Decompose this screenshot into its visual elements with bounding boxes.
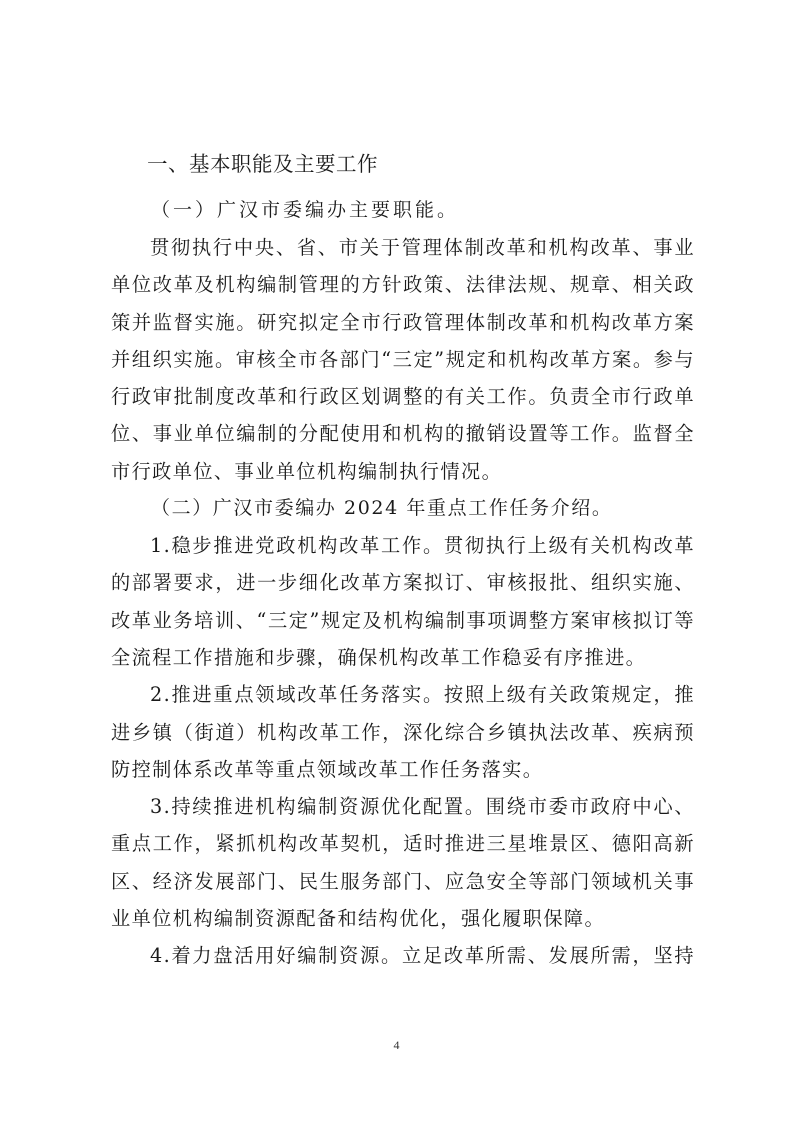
text-line: 1.稳步推进党政机构改革工作。贯彻执行上级有关机构改革 — [111, 527, 695, 564]
paragraph-item-3: 3.持续推进机构编制资源优化配置。围绕市委市政府中心、 重点工作，紧抓机构改革契… — [111, 788, 695, 937]
text-line: 改革业务培训、“三定”规定及机构编制事项调整方案审核拟订等 — [111, 602, 695, 639]
text-line: 2.推进重点领域改革任务落实。按照上级有关政策规定，推 — [111, 676, 695, 713]
text-line: 重点工作，紧抓机构改革契机，适时推进三星堆景区、德阳高新 — [111, 825, 695, 862]
subsection-title-1: （一）广汉市委编办主要职能。 — [151, 192, 695, 229]
document-body: 一、基本职能及主要工作 （一）广汉市委编办主要职能。 贯彻执行中央、省、市关于管… — [111, 146, 695, 975]
text-line: 并组织实施。审核全市各部门“三定”规定和机构改革方案。参与 — [111, 341, 695, 378]
text-line: 防控制体系改革等重点领域改革工作任务落实。 — [111, 751, 695, 788]
text-line: 位、事业单位编制的分配使用和机构的撤销设置等工作。监督全 — [111, 415, 695, 452]
paragraph-item-2: 2.推进重点领域改革任务落实。按照上级有关政策规定，推 进乡镇（街道）机构改革工… — [111, 676, 695, 788]
section-heading: 一、基本职能及主要工作 — [147, 146, 695, 183]
text-line: 4.着力盘活用好编制资源。立足改革所需、发展所需，坚持 — [111, 937, 695, 974]
text-line: 进乡镇（街道）机构改革工作，深化综合乡镇执法改革、疾病预 — [111, 714, 695, 751]
text-line: 的部署要求，进一步细化改革方案拟订、审核报批、组织实施、 — [111, 564, 695, 601]
text-line: 贯彻执行中央、省、市关于管理体制改革和机构改革、事业 — [111, 229, 695, 266]
text-line: 3.持续推进机构编制资源优化配置。围绕市委市政府中心、 — [111, 788, 695, 825]
text-line: 策并监督实施。研究拟定全市行政管理体制改革和机构改革方案 — [111, 304, 695, 341]
text-line: 区、经济发展部门、民生服务部门、应急安全等部门领域机关事 — [111, 863, 695, 900]
paragraph-item-1: 1.稳步推进党政机构改革工作。贯彻执行上级有关机构改革 的部署要求，进一步细化改… — [111, 527, 695, 676]
document-page: 一、基本职能及主要工作 （一）广汉市委编办主要职能。 贯彻执行中央、省、市关于管… — [0, 0, 793, 1122]
paragraph-main-functions: 贯彻执行中央、省、市关于管理体制改革和机构改革、事业 单位改革及机构编制管理的方… — [111, 229, 695, 490]
page-number: 4 — [0, 1038, 793, 1053]
subsection-title-2: （二）广汉市委编办 2024 年重点工作任务介绍。 — [151, 490, 695, 527]
paragraph-item-4: 4.着力盘活用好编制资源。立足改革所需、发展所需，坚持 — [111, 937, 695, 974]
text-line: 业单位机构编制资源配备和结构优化，强化履职保障。 — [111, 900, 695, 937]
text-line: 全流程工作措施和步骤，确保机构改革工作稳妥有序推进。 — [111, 639, 695, 676]
text-line: 行政审批制度改革和行政区划调整的有关工作。负责全市行政单 — [111, 378, 695, 415]
text-line: 市行政单位、事业单位机构编制执行情况。 — [111, 453, 695, 490]
text-line: 单位改革及机构编制管理的方针政策、法律法规、规章、相关政 — [111, 266, 695, 303]
